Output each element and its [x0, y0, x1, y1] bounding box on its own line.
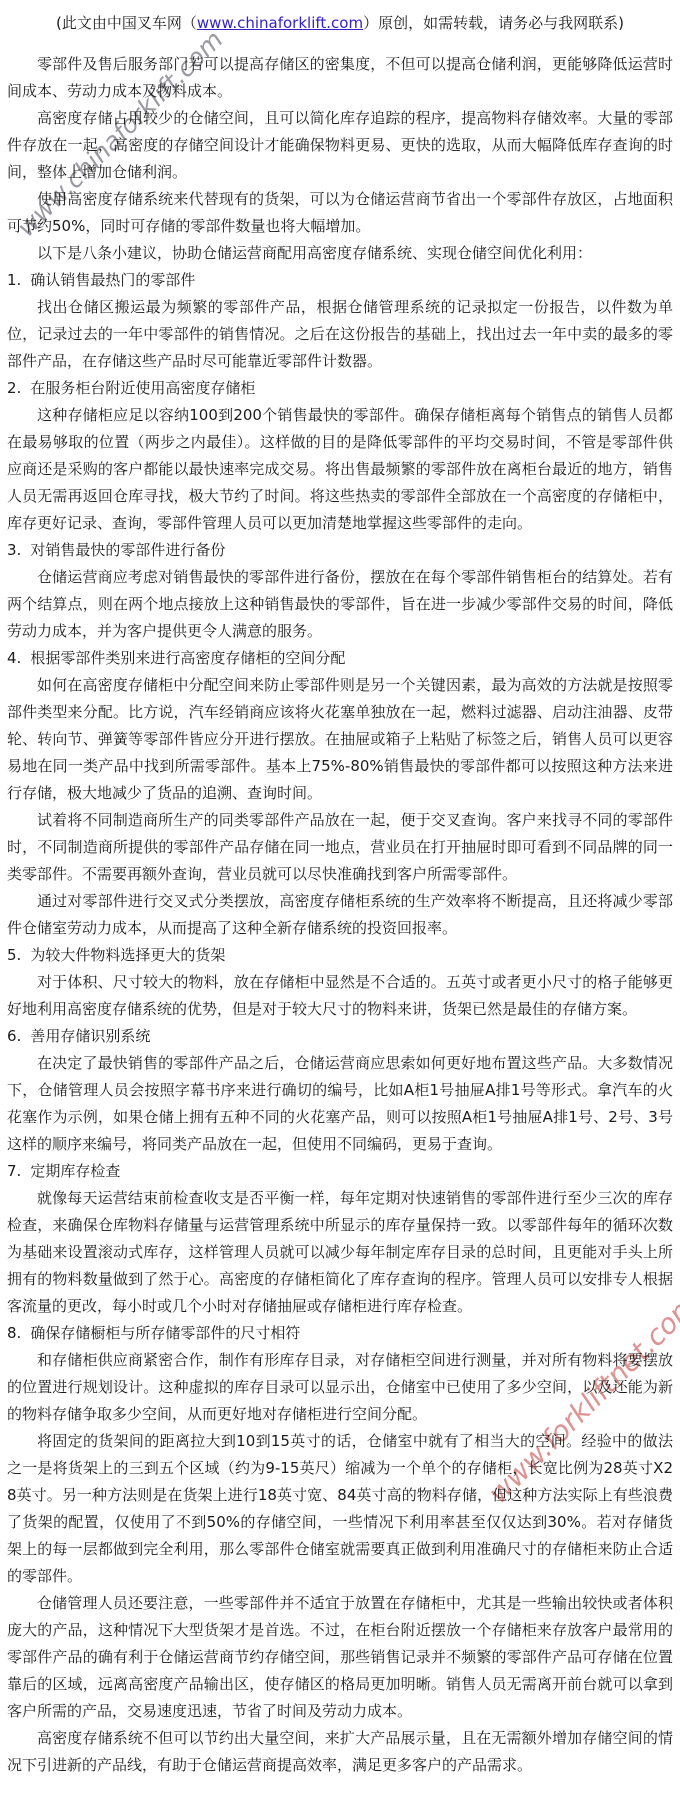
section-paragraph: 仓储管理人员还要注意，一些零部件并不适宜于放置在存储柜中，尤其是一些输出较快或者…: [7, 1590, 673, 1725]
attribution-line: (此文由中国叉车网（www.chinaforklift.com）原创，如需转载，…: [7, 10, 673, 37]
section-title-text: 善用存储识别系统: [30, 1027, 150, 1045]
section-title-text: 在服务柜台附近使用高密度存储柜: [30, 379, 255, 397]
section-title-text: 确保存储橱柜与所存储零部件的尺寸相符: [30, 1324, 300, 1342]
section-paragraph: 将固定的货架间的距离拉大到10到15英寸的话，仓储室中就有了相当大的空间。经验中…: [7, 1428, 673, 1590]
section-paragraph: 在决定了最快销售的零部件产品之后，仓储运营商应思索如何更好地布置这些产品。大多数…: [7, 1050, 673, 1158]
intro-paragraph: 以下是八条小建议，协助仓储运营商配用高密度存储系统、实现仓储空间优化利用：: [7, 240, 673, 267]
section-title-text: 定期库存检查: [30, 1162, 120, 1180]
section-title: 8.确保存储橱柜与所存储零部件的尺寸相符: [7, 1320, 673, 1347]
section-paragraph: 如何在高密度存储柜中分配空间来防止零部件则是另一个关键因素，最为高效的方法就是按…: [7, 672, 673, 807]
closing-paragraphs: 高密度存储系统不但可以节约出大量空间，来扩大产品展示量，且在无需额外增加存储空间…: [7, 1725, 673, 1779]
section-paragraph: 试着将不同制造商所生产的同类零部件产品放在一起，便于交叉查询。客户来找寻不同的零…: [7, 807, 673, 888]
section-title: 7.定期库存检查: [7, 1158, 673, 1185]
section-number: 1.: [7, 271, 21, 289]
section-number: 7.: [7, 1162, 21, 1180]
intro-paragraph: 高密度存储占用较少的仓储空间，且可以简化库存追踪的程序，提高物料存储效率。大量的…: [7, 105, 673, 186]
section-title-text: 根据零部件类别来进行高密度存储柜的空间分配: [30, 649, 345, 667]
section-title: 3.对销售最快的零部件进行备份: [7, 537, 673, 564]
chinaforklift-link[interactable]: www.chinaforklift.com: [197, 14, 363, 32]
section-number: 6.: [7, 1027, 21, 1045]
section-paragraph: 仓储运营商应考虑对销售最快的零部件进行备份，摆放在在每个零部件销售柜台的结算处。…: [7, 564, 673, 645]
attribution-suffix: ）原创，如需转载，请务必与我网联系): [363, 14, 624, 32]
section-paragraph: 这种存储柜应足以容纳100到200个销售最快的零部件。确保存储柜离每个销售点的销…: [7, 402, 673, 537]
section-title-text: 为较大件物料选择更大的货架: [30, 946, 225, 964]
intro-paragraphs: 零部件及售后服务部门若可以提高存储区的密集度，不但可以提高仓储利润，更能够降低运…: [7, 51, 673, 267]
attribution-prefix: (此文由中国叉车网（: [56, 14, 197, 32]
section-title-text: 确认销售最热门的零部件: [30, 271, 195, 289]
section-paragraph: 和存储柜供应商紧密合作，制作有形库存目录，对存储柜空间进行测量，并对所有物料将要…: [7, 1347, 673, 1428]
section-number: 5.: [7, 946, 21, 964]
closing-paragraph: 高密度存储系统不但可以节约出大量空间，来扩大产品展示量，且在无需额外增加存储空间…: [7, 1725, 673, 1779]
section-number: 2.: [7, 379, 21, 397]
section-title: 2.在服务柜台附近使用高密度存储柜: [7, 375, 673, 402]
section-title: 6.善用存储识别系统: [7, 1023, 673, 1050]
section-number: 4.: [7, 649, 21, 667]
section-title: 1.确认销售最热门的零部件: [7, 267, 673, 294]
section-paragraph: 就像每天运营结束前检查收支是否平衡一样，每年定期对快速销售的零部件进行至少三次的…: [7, 1185, 673, 1320]
section-title: 4.根据零部件类别来进行高密度存储柜的空间分配: [7, 645, 673, 672]
section-paragraph: 通过对零部件进行交叉式分类摆放，高密度存储柜系统的生产效率将不断提高，且还将减少…: [7, 888, 673, 942]
section-number: 3.: [7, 541, 21, 559]
section-number: 8.: [7, 1324, 21, 1342]
section-title: 5.为较大件物料选择更大的货架: [7, 942, 673, 969]
intro-paragraph: 零部件及售后服务部门若可以提高存储区的密集度，不但可以提高仓储利润，更能够降低运…: [7, 51, 673, 105]
intro-paragraph: 使用高密度存储系统来代替现有的货架，可以为仓储运营商节省出一个零部件存放区，占地…: [7, 186, 673, 240]
section-title-text: 对销售最快的零部件进行备份: [30, 541, 225, 559]
article-page: www.chinaforklift.com www.forkliftnet.co…: [0, 0, 680, 1799]
sections: 1.确认销售最热门的零部件找出仓储区搬运最为频繁的零部件产品，根据仓储管理系统的…: [7, 267, 673, 1725]
section-paragraph: 对于体积、尺寸较大的物料，放在存储柜中显然是不合适的。五英寸或者更小尺寸的格子能…: [7, 969, 673, 1023]
section-paragraph: 找出仓储区搬运最为频繁的零部件产品，根据仓储管理系统的记录拟定一份报告，以件数为…: [7, 294, 673, 375]
